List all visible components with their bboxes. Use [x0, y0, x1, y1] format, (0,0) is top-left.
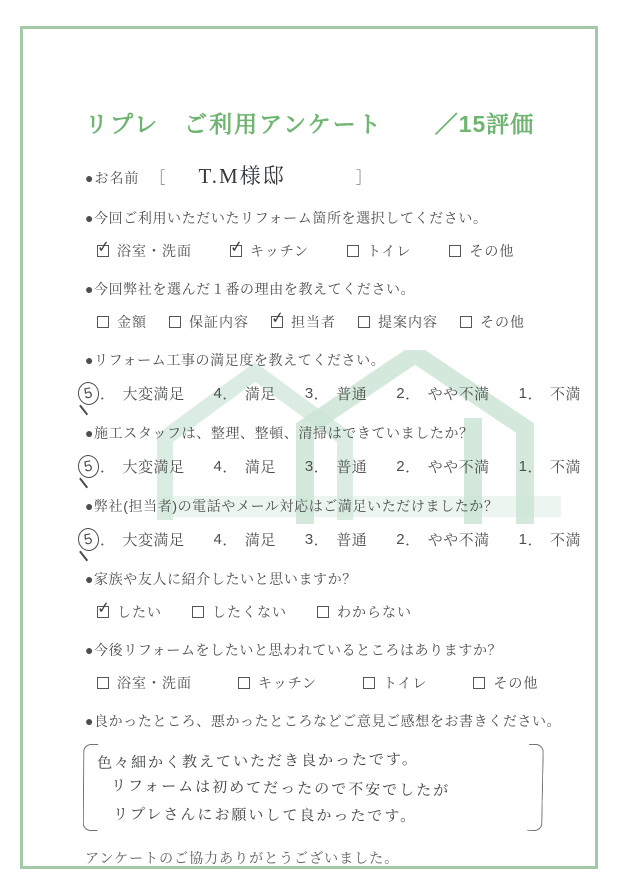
checkbox-icon	[317, 606, 329, 618]
q7-options: 浴室・洗面 キッチン トイレ その他	[97, 673, 571, 693]
question-reason: ●今回弊社を選んだ１番の理由を教えてください。	[85, 279, 571, 299]
checkbox-icon	[347, 245, 359, 257]
checkbox-icon	[238, 677, 250, 689]
rating-5[interactable]: 5．大変満足	[78, 382, 185, 405]
q6-options: ✓ したい したくない わからない	[97, 602, 571, 622]
rating-label: 満足	[245, 383, 276, 404]
checkbox-icon	[169, 316, 181, 328]
rating-4[interactable]: 4．満足	[214, 456, 276, 477]
rating-label: 大変満足	[123, 529, 185, 550]
q1-options: ✓ 浴室・洗面 ✓ キッチン トイレ その他	[97, 241, 571, 261]
checkbox-q2-other[interactable]: その他	[460, 312, 525, 332]
option-label: トイレ	[383, 673, 427, 693]
check-mark-icon: ✓	[96, 597, 112, 618]
rating-label: やや不満	[428, 383, 490, 404]
checkbox-q2-proposal[interactable]: 提案内容	[358, 312, 438, 332]
page-title: リプレ ご利用アンケート	[85, 106, 383, 139]
option-label: 担当者	[291, 312, 336, 332]
checkbox-q2-warranty[interactable]: 保証内容	[169, 312, 249, 332]
q4-rating-row: 5．大変満足 4．満足 3．普通 2．やや不満 1．不満	[78, 455, 571, 478]
check-mark-icon: ✓	[96, 236, 112, 257]
rating-1[interactable]: 1．不満	[519, 529, 581, 550]
question-staff-tidiness: ●施工スタッフは、整理、整頓、清掃はできていましたか？	[85, 423, 571, 443]
checkbox-q1-other[interactable]: その他	[449, 241, 514, 261]
checkbox-icon: ✓	[97, 606, 109, 618]
handwritten-circle-icon: 5	[76, 380, 101, 406]
option-label: したい	[117, 602, 162, 622]
handwritten-circle-icon: 5	[76, 526, 101, 552]
option-label: 提案内容	[378, 312, 438, 332]
q5-rating-row: 5．大変満足 4．満足 3．普通 2．やや不満 1．不満	[78, 528, 571, 551]
checkbox-icon: ✓	[271, 316, 283, 328]
name-label: ●お名前	[85, 168, 139, 188]
checkbox-icon	[97, 316, 109, 328]
rating-label: 大変満足	[123, 456, 185, 477]
handwritten-comment-line: リプレさんにお願いして良かったです。	[113, 803, 417, 826]
rating-1[interactable]: 1．不満	[519, 383, 581, 404]
check-mark-icon: ✓	[270, 307, 286, 328]
rating-label: 満足	[245, 456, 276, 477]
q3-rating-row: 5．大変満足 4．満足 3．普通 2．やや不満 1．不満	[78, 382, 571, 405]
checkbox-icon	[192, 606, 204, 618]
closing-message: アンケートのご協力ありがとうございました。	[85, 848, 571, 868]
option-label: わからない	[337, 602, 412, 622]
rating-label: 普通	[336, 383, 367, 404]
rating-5[interactable]: 5．大変満足	[78, 455, 185, 478]
checkbox-icon	[473, 677, 485, 689]
rating-label: 不満	[550, 456, 581, 477]
option-label: 保証内容	[189, 312, 249, 332]
rating-2[interactable]: 2．やや不満	[396, 529, 489, 550]
question-renovation-area: ●今回ご利用いただいたリフォーム箇所を選択してください。	[85, 208, 571, 228]
question-recommend: ●家族や友人に紹介したいと思いますか？	[85, 569, 571, 589]
q2-options: 金額 保証内容 ✓ 担当者 提案内容 その他	[97, 312, 571, 332]
option-label: キッチン	[258, 673, 317, 693]
rating-label: 大変満足	[123, 383, 185, 404]
checkbox-q2-staff[interactable]: ✓ 担当者	[271, 312, 336, 332]
rating-label: 不満	[550, 383, 581, 404]
option-label: その他	[469, 241, 514, 261]
checkbox-q6-unsure[interactable]: わからない	[317, 602, 412, 622]
header: リプレ ご利用アンケート ／15評価	[85, 106, 571, 139]
checkbox-q1-kitchen[interactable]: ✓ キッチン	[230, 241, 309, 261]
checkbox-q6-no[interactable]: したくない	[192, 602, 287, 622]
question-work-satisfaction: ●リフォーム工事の満足度を教えてください。	[85, 350, 571, 370]
checkbox-icon: ✓	[230, 245, 242, 257]
rating-4[interactable]: 4．満足	[214, 529, 276, 550]
checkbox-icon	[460, 316, 472, 328]
option-label: 浴室・洗面	[117, 241, 192, 261]
question-phone-mail-response: ●弊社(担当者)の電話やメール対応はご満足いただけましたか？	[85, 496, 571, 516]
checkbox-icon: ✓	[97, 245, 109, 257]
rating-label: 普通	[336, 456, 367, 477]
option-label: その他	[493, 673, 538, 693]
score-label: ／15評価	[435, 106, 535, 139]
rating-label: やや不満	[428, 529, 490, 550]
checkbox-q7-toilet[interactable]: トイレ	[363, 673, 427, 693]
option-label: その他	[480, 312, 525, 332]
checkbox-icon	[363, 677, 375, 689]
question-future-renovation: ●今後リフォームをしたいと思われているところはありますか？	[85, 640, 571, 660]
checkbox-q6-yes[interactable]: ✓ したい	[97, 602, 162, 622]
option-label: 浴室・洗面	[117, 673, 192, 693]
rating-4[interactable]: 4．満足	[214, 383, 276, 404]
checkbox-icon	[97, 677, 109, 689]
rating-label: やや不満	[428, 456, 490, 477]
rating-label: 満足	[245, 529, 276, 550]
handwritten-circle-icon: 5	[76, 453, 101, 479]
rating-3[interactable]: 3．普通	[305, 456, 367, 477]
checkbox-q7-other[interactable]: その他	[473, 673, 538, 693]
rating-2[interactable]: 2．やや不満	[396, 383, 489, 404]
check-mark-icon: ✓	[229, 236, 245, 257]
handwritten-comment-line: 色々細かく教えていただき良かったです。	[97, 748, 419, 773]
checkbox-icon	[449, 245, 461, 257]
checkbox-q7-bathroom[interactable]: 浴室・洗面	[97, 673, 192, 693]
name-bracket-close: ］	[356, 165, 373, 188]
option-label: キッチン	[250, 241, 309, 261]
rating-1[interactable]: 1．不満	[519, 456, 581, 477]
rating-2[interactable]: 2．やや不満	[396, 456, 489, 477]
checkbox-q1-bathroom[interactable]: ✓ 浴室・洗面	[97, 241, 192, 261]
rating-label: 不満	[550, 529, 581, 550]
name-row: ●お名前 ［ T.M様邸 ］	[85, 160, 571, 190]
checkbox-q7-kitchen[interactable]: キッチン	[238, 673, 317, 693]
checkbox-icon	[358, 316, 370, 328]
rating-label: 普通	[336, 529, 367, 550]
rating-3[interactable]: 3．普通	[305, 529, 367, 550]
option-label: 金額	[117, 312, 147, 332]
comment-area[interactable]: 色々細かく教えていただき良かったです。 リフォームは初めてだったので不安でしたが…	[83, 744, 543, 831]
name-field[interactable]: T.M様邸	[198, 160, 285, 190]
handwritten-comment-line: リフォームは初めてだったので不安でしたが	[111, 774, 451, 800]
rating-5[interactable]: 5．大変満足	[78, 528, 185, 551]
right-bracket-icon	[527, 744, 544, 831]
option-label: したくない	[212, 602, 287, 622]
question-comments: ●良かったところ、悪かったところなどご意見ご感想をお書きください。	[85, 711, 571, 731]
checkbox-q1-toilet[interactable]: トイレ	[347, 241, 411, 261]
rating-3[interactable]: 3．普通	[305, 383, 367, 404]
survey-scan-page: リプレ ご利用アンケート ／15評価 ●お名前 ［ T.M様邸 ］ ●今回ご利用…	[0, 0, 624, 895]
checkbox-q2-price[interactable]: 金額	[97, 312, 147, 332]
option-label: トイレ	[367, 241, 411, 261]
name-bracket-open: ［	[149, 165, 166, 188]
